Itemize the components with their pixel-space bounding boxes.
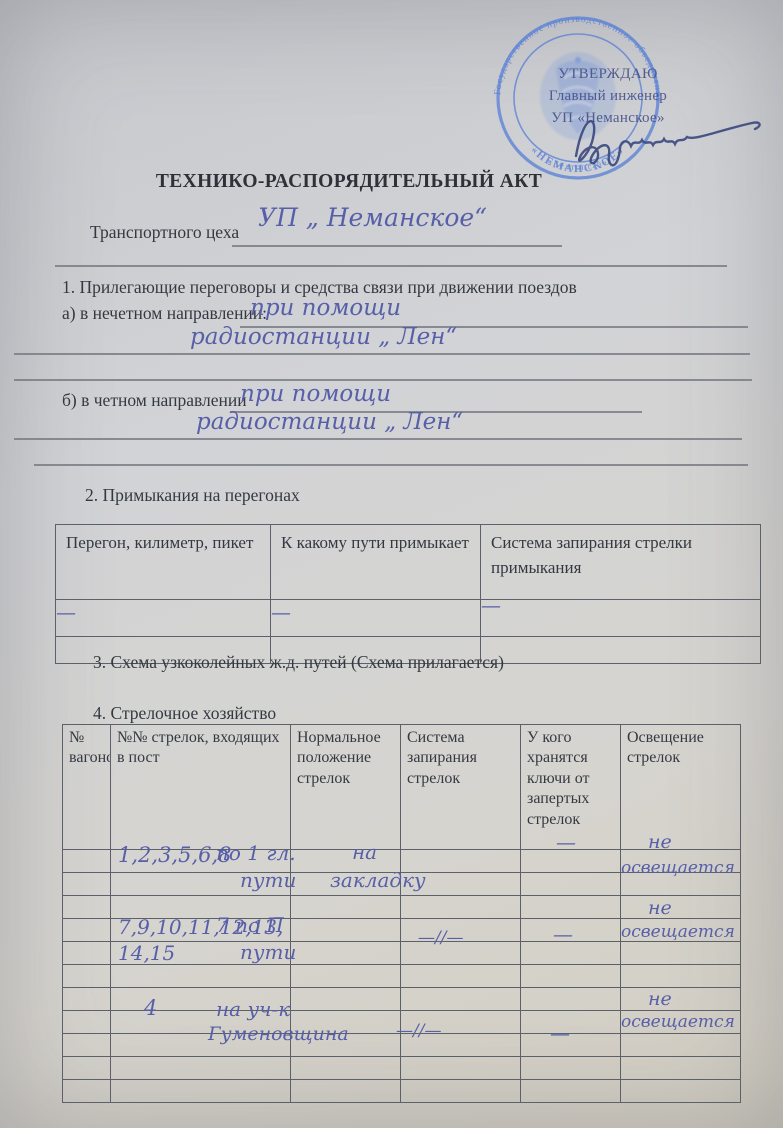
grid-cell xyxy=(63,919,111,942)
junctions-header-lock: Система запирания стрелки примыкания xyxy=(481,525,761,600)
grid-cell xyxy=(291,965,401,988)
grid-cell xyxy=(521,1080,621,1103)
junctions-cell-dash: — xyxy=(271,600,481,637)
entry1-lock-line2: закладку xyxy=(330,868,426,892)
document-title: ТЕХНИКО-РАСПОРЯДИТЕЛЬНЫЙ АКТ xyxy=(118,171,580,193)
grid-cell xyxy=(521,965,621,988)
entry3-position-line2: Гуменовщина xyxy=(208,1023,349,1045)
item-b-underline-3 xyxy=(34,464,748,466)
entry1-keys: — xyxy=(556,830,576,854)
entry2-position-line1: 7 по П̅ xyxy=(216,913,284,937)
grid-cell xyxy=(63,988,111,1011)
grid-cell xyxy=(521,896,621,919)
entry3-light-line1: не xyxy=(648,988,672,1010)
item-a-value-line1: при помощи xyxy=(250,295,401,321)
grid-row xyxy=(63,1080,741,1103)
section4-heading: 4. Стрелочное хозяйство xyxy=(93,703,276,724)
section1-item-b-label: б) в четном направлении xyxy=(62,390,247,411)
grid-cell xyxy=(63,1011,111,1034)
grid-cell xyxy=(401,965,521,988)
junctions-data-row: — — — xyxy=(56,600,761,637)
grid-cell xyxy=(111,1080,291,1103)
section3-heading: 3. Схема узкоколейных ж.д. путей (Схема … xyxy=(93,652,504,673)
subject-underline xyxy=(232,245,562,247)
grid-cell xyxy=(621,988,741,1011)
grid-cell xyxy=(291,942,401,965)
grid-cell xyxy=(621,1034,741,1057)
switches-table: № вагонов №№ стрелок, входящих в пост Но… xyxy=(62,724,741,1103)
switches-header-position: Нормальное положение стрелок xyxy=(291,725,401,850)
entry3-keys: — xyxy=(550,1021,570,1045)
separator-line xyxy=(55,265,727,267)
grid-cell xyxy=(521,873,621,896)
entry3-light-line2: освещается xyxy=(621,1012,735,1032)
entry2-strelki-line2: 14,15 xyxy=(118,941,175,965)
grid-cell xyxy=(63,942,111,965)
entry3-strelki: 4 xyxy=(144,996,157,1020)
scanned-document-page: Государственное производственное объедин… xyxy=(0,0,783,1128)
grid-cell xyxy=(291,1057,401,1080)
subject-value-handwritten: УП „ Неманское“ xyxy=(258,203,487,232)
grid-cell xyxy=(63,1057,111,1080)
junctions-table: Перегон, килиметр, пикет К какому пути п… xyxy=(55,524,761,664)
junctions-cell-dash: — xyxy=(481,600,761,637)
grid-cell xyxy=(621,942,741,965)
grid-cell xyxy=(621,896,741,919)
junctions-header-row: Перегон, килиметр, пикет К какому пути п… xyxy=(56,525,761,600)
item-a-underline-2 xyxy=(14,353,750,355)
grid-cell xyxy=(521,1011,621,1034)
switches-header-light: Освещение стрелок xyxy=(621,725,741,850)
item-a-value-line2: радиостанции „ Лен“ xyxy=(190,324,457,350)
entry1-lock-line1: на xyxy=(352,840,377,864)
grid-cell xyxy=(63,896,111,919)
grid-cell xyxy=(291,919,401,942)
entry1-position-line2: пути xyxy=(240,868,296,892)
grid-cell xyxy=(291,896,401,919)
entry2-keys: — xyxy=(553,922,573,946)
entry1-light-line2: освещается xyxy=(621,858,735,878)
entry2-lock-ditto: —//— xyxy=(418,928,463,948)
grid-cell xyxy=(401,988,521,1011)
grid-cell xyxy=(291,988,401,1011)
grid-cell xyxy=(63,1080,111,1103)
grid-cell xyxy=(291,1080,401,1103)
entry1-position-line1: по 1 гл. xyxy=(216,841,296,865)
grid-cell xyxy=(63,873,111,896)
grid-cell xyxy=(401,1057,521,1080)
entry1-strelki: 1,2,3,5,6,8 xyxy=(118,843,232,867)
item-b-value-line1: при помощи xyxy=(240,381,391,407)
grid-cell xyxy=(401,1080,521,1103)
empty-cell xyxy=(481,637,761,664)
grid-cell xyxy=(111,965,291,988)
grid-cell xyxy=(621,1080,741,1103)
entry3-position-line1: на уч-к xyxy=(216,997,290,1021)
grid-row xyxy=(63,965,741,988)
entry1-light-line1: не xyxy=(648,831,672,853)
grid-cell xyxy=(621,965,741,988)
subject-label: Транспортного цеха xyxy=(90,222,239,243)
item-b-value-line2: радиостанции „ Лен“ xyxy=(196,409,463,435)
entry3-lock-ditto: —//— xyxy=(396,1021,441,1041)
grid-cell xyxy=(401,896,521,919)
junctions-cell-dash: — xyxy=(56,600,271,637)
grid-cell xyxy=(521,988,621,1011)
entry2-light-line1: не xyxy=(648,897,672,919)
grid-cell xyxy=(521,1034,621,1057)
grid-cell xyxy=(63,965,111,988)
grid-cell xyxy=(111,1057,291,1080)
grid-cell xyxy=(63,850,111,873)
section2-heading: 2. Примыкания на перегонах xyxy=(85,485,300,506)
junctions-header-path: К какому пути примыкает xyxy=(271,525,481,600)
grid-row xyxy=(63,1057,741,1080)
signature xyxy=(468,98,773,176)
approve-label: УТВЕРЖДАЮ xyxy=(523,64,693,86)
grid-cell xyxy=(63,1034,111,1057)
grid-cell xyxy=(521,1057,621,1080)
entry2-light-line2: освещается xyxy=(621,922,735,942)
junctions-header-peregon: Перегон, килиметр, пикет xyxy=(56,525,271,600)
switches-header-row: № вагонов №№ стрелок, входящих в пост Но… xyxy=(63,725,741,850)
item-b-underline-2 xyxy=(14,438,742,440)
section1-item-a-label: а) в нечетном направлении: xyxy=(62,303,267,324)
switches-header-numbers: №№ стрелок, входящих в пост xyxy=(111,725,291,850)
switches-header-lock: Система запирания стрелок xyxy=(401,725,521,850)
grid-row xyxy=(63,988,741,1011)
grid-cell xyxy=(621,1057,741,1080)
switches-header-wagons: № вагонов xyxy=(63,725,111,850)
entry2-position-line2: пути xyxy=(240,940,296,964)
